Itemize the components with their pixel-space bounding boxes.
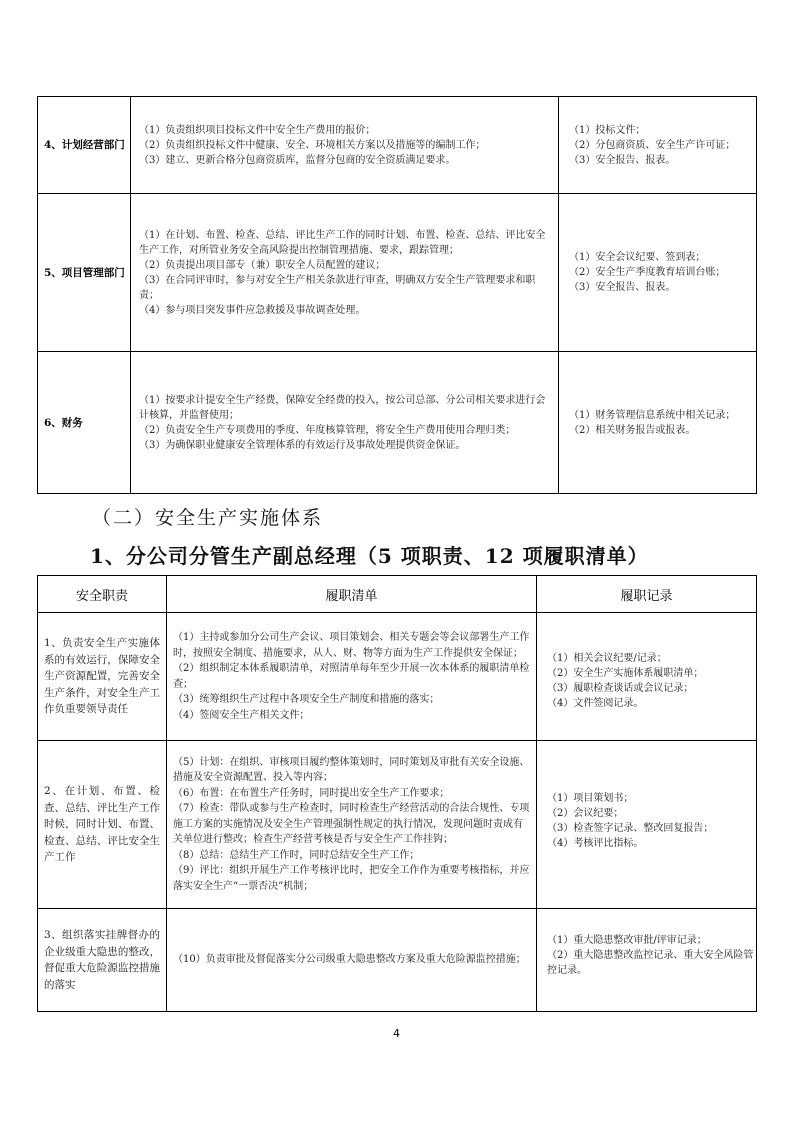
record-item: （2）安全生产季度教育培训台账； (569, 265, 756, 280)
records-cell: （1）相关会议纪要/记录； （2）安全生产实施体系履职清单； （3）履职检查谈话… (537, 613, 757, 741)
record-item: （1）投标文件； (569, 123, 756, 138)
list-item: （2）组织制定本体系履职清单，对照清单每年至少开展一次本体系的履职清单检查； (173, 661, 530, 692)
record-item: （1）相关会议纪要/记录； (547, 651, 756, 666)
list-item: （8）总结：总结生产工作时，同时总结安全生产工作； (173, 848, 530, 864)
duties-cell: （1）按要求计提安全生产经费，保障安全经费的投入，按公司总部、分公司相关要求进行… (131, 352, 559, 494)
page-number: 4 (0, 1027, 793, 1040)
duty-item: （3）建立、更新合格分包商资质库，监督分包商的安全资质满足要求。 (139, 153, 552, 168)
record-item: （2）分包商资质、安全生产许可证； (569, 138, 756, 153)
list-item: （3）统筹组织生产过程中各项安全生产制度和措施的落实； (173, 692, 530, 708)
list-item: （7）检查：带队或参与生产检查时，同时检查生产经营活动的合法合规性、专项施工方案… (173, 801, 530, 848)
duty-list-cell: （1）主持或参加分公司生产会议、项目策划会、相关专题会等会议部署生产工作时，按照… (167, 613, 537, 741)
records-cell: （1）重大隐患整改审批/评审记录； （2）重大隐患整改监控记录、重大安全风险管控… (537, 909, 757, 1012)
list-item: （6）布置：在布置生产任务时，同时提出安全生产工作要求； (173, 786, 530, 802)
list-item: （9）评比：组织开展生产工作考核评比时，把安全工作作为重要考核指标，并应落实安全… (173, 863, 530, 894)
records-cell: （1）项目策划书； （2）会议纪要； （3）检查签字记录、整改回复报告； （4）… (537, 741, 757, 909)
section-title: 1、分公司分管生产副总经理（5 项职责、12 项履职清单） (90, 540, 649, 569)
record-item: （3）检查签字记录、整改回复报告； (547, 821, 756, 836)
list-item: （1）主持或参加分公司生产会议、项目策划会、相关专题会等会议部署生产工作时，按照… (173, 630, 530, 661)
record-item: （3）安全报告、报表。 (569, 280, 756, 295)
department-name: 6、财务 (38, 352, 131, 494)
safety-duty-cell: 3、组织落实挂牌督办的企业级重大隐患的整改，督促重大危险源监控措施的落实 (38, 909, 167, 1012)
duty-list-cell: （5）计划：在组织、审核项目履约整体策划时，同时策划及审批有关安全设施、措施及安… (167, 741, 537, 909)
table-header-row: 安全职责 履职清单 履职记录 (38, 576, 757, 613)
table-row: 6、财务 （1）按要求计提安全生产经费，保障安全经费的投入，按公司总部、分公司相… (38, 352, 757, 494)
duty-item: （3）为确保职业健康安全管理体系的有效运行及事故处理提供资金保证。 (139, 438, 552, 453)
duties-cell: （1）负责组织项目投标文件中安全生产费用的报价； （2）负责组织投标文件中健康、… (131, 97, 559, 194)
vice-gm-duties-table: 安全职责 履职清单 履职记录 1、负责安全生产实施体系的有效运行，保障安全生产资… (37, 575, 757, 1012)
table-row: 4、计划经营部门 （1）负责组织项目投标文件中安全生产费用的报价； （2）负责组… (38, 97, 757, 194)
safety-duty-cell: 2、在计划、布置、检查、总结、评比生产工作时候，同时计划、布置、检查、总结、评比… (38, 741, 167, 909)
record-item: （4）考核评比指标。 (547, 836, 756, 851)
records-cell: （1）投标文件； （2）分包商资质、安全生产许可证； （3）安全报告、报表。 (559, 97, 757, 194)
duties-cell: （1）在计划、布置、检查、总结、评比生产工作的同时计划、布置、检查、总结、评比安… (131, 194, 559, 352)
record-item: （3）履职检查谈话或会议记录； (547, 681, 756, 696)
duty-item: （1）按要求计提安全生产经费，保障安全经费的投入，按公司总部、分公司相关要求进行… (139, 393, 552, 423)
duty-item: （1）负责组织项目投标文件中安全生产费用的报价； (139, 123, 552, 138)
records-cell: （1）财务管理信息系统中相关记录； （2）相关财务报告或报表。 (559, 352, 757, 494)
list-item: （5）计划：在组织、审核项目履约整体策划时，同时策划及审批有关安全设施、措施及安… (173, 755, 530, 786)
duty-item: （2）负责提出项目部专（兼）职安全人员配置的建议； (139, 258, 552, 273)
duty-item: （2）负责组织投标文件中健康、安全、环境相关方案以及措施等的编制工作； (139, 138, 552, 153)
table-row: 2、在计划、布置、检查、总结、评比生产工作时候，同时计划、布置、检查、总结、评比… (38, 741, 757, 909)
duty-item: （1）在计划、布置、检查、总结、评比生产工作的同时计划、布置、检查、总结、评比安… (139, 228, 552, 258)
department-duties-table: 4、计划经营部门 （1）负责组织项目投标文件中安全生产费用的报价； （2）负责组… (37, 96, 757, 494)
duty-list-cell: （10）负责审批及督促落实分公司级重大隐患整改方案及重大危险源监控措施； (167, 909, 537, 1012)
record-item: （2）重大隐患整改监控记录、重大安全风险管控记录。 (547, 948, 756, 978)
record-item: （2）相关财务报告或报表。 (569, 423, 756, 438)
record-item: （1）重大隐患整改审批/评审记录； (547, 933, 756, 948)
record-item: （1）安全会议纪要、签到表； (569, 250, 756, 265)
section-subtitle: （二）安全生产实施体系 (92, 503, 323, 530)
duty-item: （4）参与项目突发事件应急救援及事故调查处理。 (139, 303, 552, 318)
department-name: 4、计划经营部门 (38, 97, 131, 194)
duty-item: （3）在合同评审时，参与对安全生产相关条款进行审查，明确双方安全生产管理要求和职… (139, 273, 552, 303)
record-item: （1）项目策划书； (547, 791, 756, 806)
table-row: 5、项目管理部门 （1）在计划、布置、检查、总结、评比生产工作的同时计划、布置、… (38, 194, 757, 352)
record-item: （2）安全生产实施体系履职清单； (547, 666, 756, 681)
record-item: （4）文件签阅记录。 (547, 696, 756, 711)
list-item: （10）负责审批及督促落实分公司级重大隐患整改方案及重大危险源监控措施； (173, 952, 530, 968)
records-cell: （1）安全会议纪要、签到表； （2）安全生产季度教育培训台账； （3）安全报告、… (559, 194, 757, 352)
header-duty-list: 履职清单 (167, 576, 537, 613)
record-item: （2）会议纪要； (547, 806, 756, 821)
header-safety-duty: 安全职责 (38, 576, 167, 613)
record-item: （1）财务管理信息系统中相关记录； (569, 408, 756, 423)
safety-duty-cell: 1、负责安全生产实施体系的有效运行，保障安全生产资源配置，完善安全生产条件，对安… (38, 613, 167, 741)
department-name: 5、项目管理部门 (38, 194, 131, 352)
record-item: （3）安全报告、报表。 (569, 153, 756, 168)
table-row: 3、组织落实挂牌督办的企业级重大隐患的整改，督促重大危险源监控措施的落实 （10… (38, 909, 757, 1012)
header-duty-records: 履职记录 (537, 576, 757, 613)
table-row: 1、负责安全生产实施体系的有效运行，保障安全生产资源配置，完善安全生产条件，对安… (38, 613, 757, 741)
duty-item: （2）负责安全生产专项费用的季度、年度核算管理，将安全生产费用使用合理归类； (139, 423, 552, 438)
list-item: （4）签阅安全生产相关文件； (173, 708, 530, 724)
